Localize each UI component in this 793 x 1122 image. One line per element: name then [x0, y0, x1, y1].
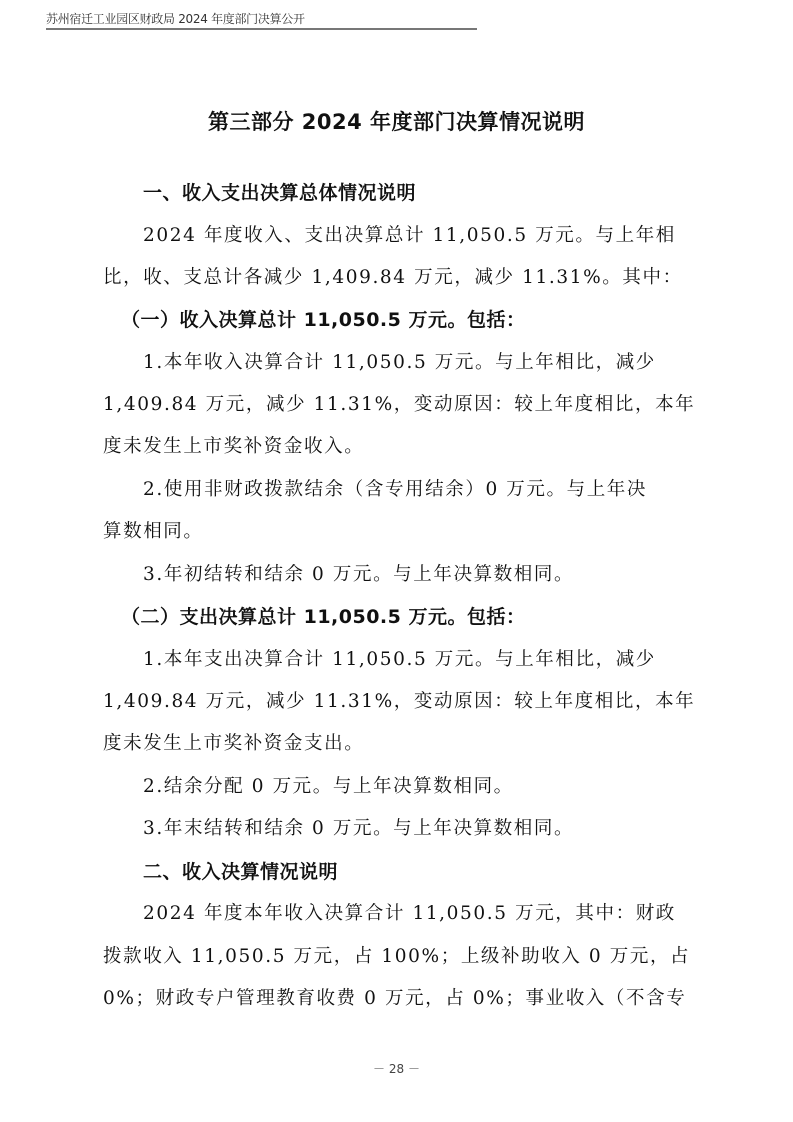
paragraph-line: 1.本年收入决算合计 11,050.5 万元。与上年相比，减少 — [103, 351, 733, 375]
subsection-heading: （二）支出决算总计 11,050.5 万元。包括： — [103, 605, 711, 629]
paragraph-line: 度未发生上市奖补资金收入。 — [103, 435, 693, 459]
paragraph-line: 0%；财政专户管理教育收费 0 万元，占 0%；事业收入（不含专 — [103, 987, 693, 1011]
paragraph-line: 3.年末结转和结余 0 万元。与上年决算数相同。 — [103, 817, 733, 841]
paragraph-line: 2.结余分配 0 万元。与上年决算数相同。 — [103, 775, 733, 799]
page-number: － 28 － — [0, 1060, 793, 1077]
running-header: 苏州宿迁工业园区财政局 2024 年度部门决算公开 — [46, 10, 776, 30]
paragraph-line: 1,409.84 万元，减少 11.31%，变动原因：较上年度相比，本年 — [103, 690, 693, 714]
subsection-heading: （一）收入决算总计 11,050.5 万元。包括： — [103, 308, 711, 332]
paragraph-line: 1.本年支出决算合计 11,050.5 万元。与上年相比，减少 — [103, 648, 733, 672]
paragraph-line: 度未发生上市奖补资金支出。 — [103, 732, 693, 756]
paragraph-line: 1,409.84 万元，减少 11.31%，变动原因：较上年度相比，本年 — [103, 393, 693, 417]
header-divider — [46, 28, 477, 30]
paragraph-line: 算数相同。 — [103, 520, 693, 544]
paragraph-line: 拨款收入 11,050.5 万元，占 100%；上级补助收入 0 万元，占 — [103, 945, 693, 969]
section-heading: 二、收入决算情况说明 — [103, 860, 733, 884]
page-title: 第三部分 2024 年度部门决算情况说明 — [0, 106, 793, 136]
section-heading: 一、收入支出决算总体情况说明 — [103, 181, 733, 205]
paragraph-line: 2024 年度收入、支出决算总计 11,050.5 万元。与上年相 — [103, 224, 733, 248]
paragraph-line: 3.年初结转和结余 0 万元。与上年决算数相同。 — [103, 563, 733, 587]
paragraph-line: 2.使用非财政拨款结余（含专用结余）0 万元。与上年决 — [103, 478, 733, 502]
paragraph-line: 2024 年度本年收入决算合计 11,050.5 万元，其中：财政 — [103, 902, 733, 926]
paragraph-line: 比，收、支总计各减少 1,409.84 万元，减少 11.31%。其中： — [103, 266, 693, 290]
